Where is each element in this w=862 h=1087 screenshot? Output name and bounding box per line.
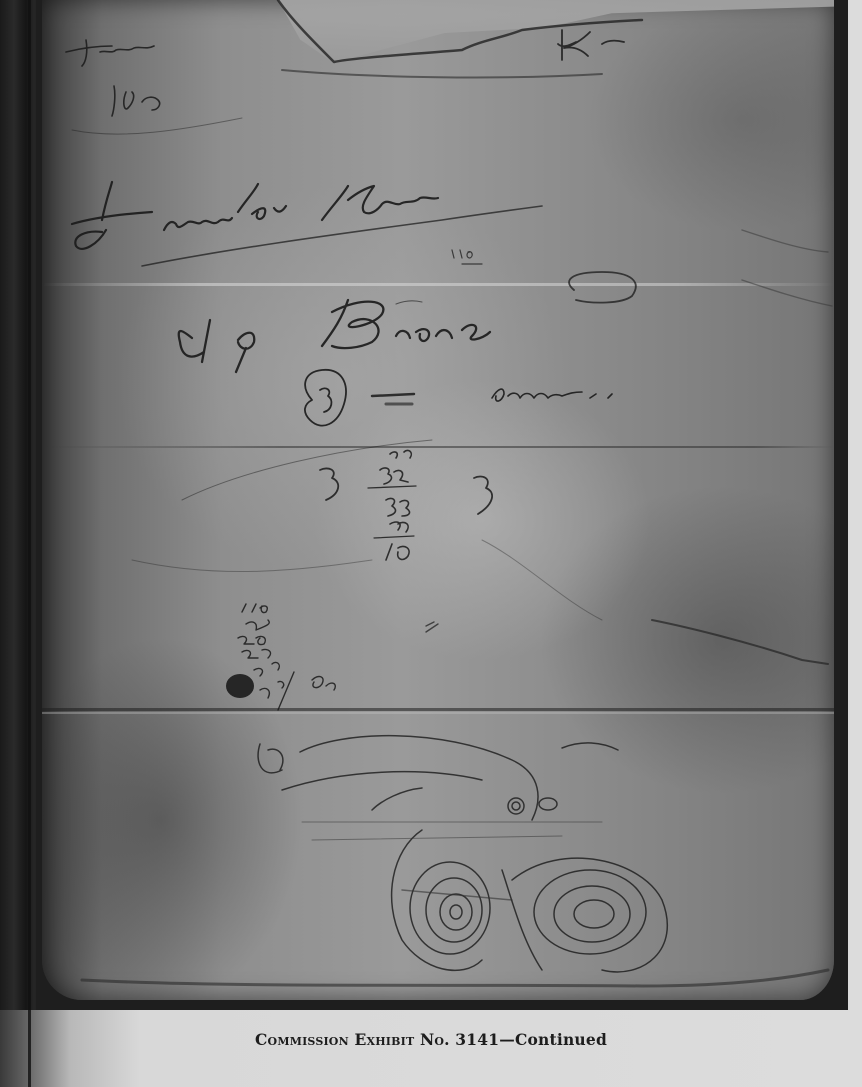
caption-suffix: —Continued	[499, 1030, 607, 1049]
exhibit-document	[42, 0, 834, 1000]
signature-bova	[179, 300, 490, 372]
side-numeral-3-right	[474, 476, 492, 514]
gutter-binding-line	[28, 0, 31, 1087]
scrawl-top-left	[66, 40, 242, 134]
scrawl-top-right	[558, 30, 624, 60]
caption-title: Commission Exhibit No. 3141	[255, 1030, 499, 1049]
circled-three	[305, 370, 346, 426]
handwriting-layer	[42, 0, 834, 1000]
circled-mark	[569, 272, 636, 303]
arithmetic-column	[368, 450, 416, 560]
smudged-marks	[372, 394, 414, 404]
side-numeral-3-left	[320, 468, 338, 500]
ink-blot	[226, 674, 254, 698]
small-numbers-110-120	[452, 250, 482, 264]
exhibit-caption: Commission Exhibit No. 3141—Continued	[0, 1030, 862, 1049]
annotation-general	[492, 389, 612, 401]
loose-mark	[426, 622, 438, 632]
doodle-spirals	[258, 736, 667, 972]
tally-column	[238, 604, 335, 710]
